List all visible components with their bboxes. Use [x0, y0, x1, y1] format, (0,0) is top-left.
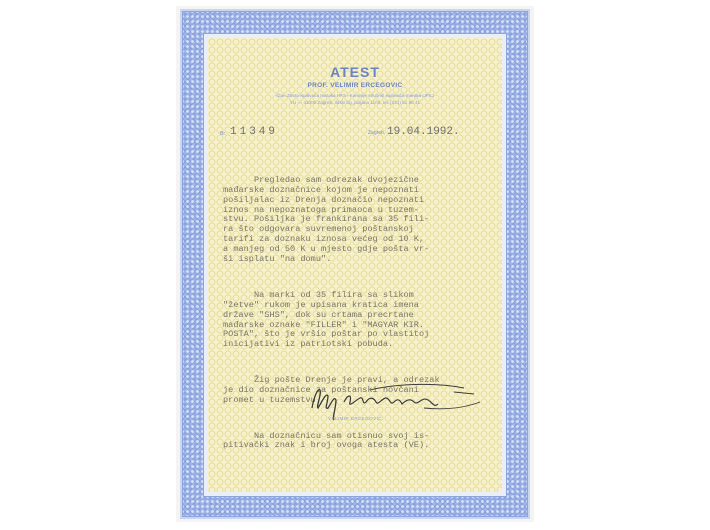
certificate-title: ATEST — [208, 64, 502, 80]
signature-caption: VELIMIR ERCEGOVIĆ — [328, 416, 382, 421]
certificate-date: 19.04.1992. — [387, 126, 460, 138]
place-label: Zagreb, — [368, 130, 385, 136]
certificate-body: Pregledao sam odrezak dvojezične mađarsk… — [223, 156, 493, 477]
issuer-name: PROF. VELIMIR ERCEGOVIC — [208, 82, 502, 89]
number-label: Br. — [220, 131, 226, 137]
certificate-number: 11349 — [230, 126, 278, 138]
paragraph-4: Na doznačnicu sam otisnuo svoj is- pitiv… — [223, 432, 493, 452]
paragraph-2: Na marki od 35 filira sa slikom "žetve" … — [223, 291, 493, 350]
certificate-paper: ATEST PROF. VELIMIR ERCEGOVIC Član Zbora… — [208, 38, 502, 492]
paragraph-1: Pregledao sam odrezak dvojezične mađarsk… — [223, 176, 493, 265]
issuer-affiliation: Član Zbora ispitivača maraka HFS i Komis… — [208, 93, 502, 98]
issuer-address: YU — 41000 Zagreb, Ilirski trg, poljana … — [208, 100, 502, 105]
